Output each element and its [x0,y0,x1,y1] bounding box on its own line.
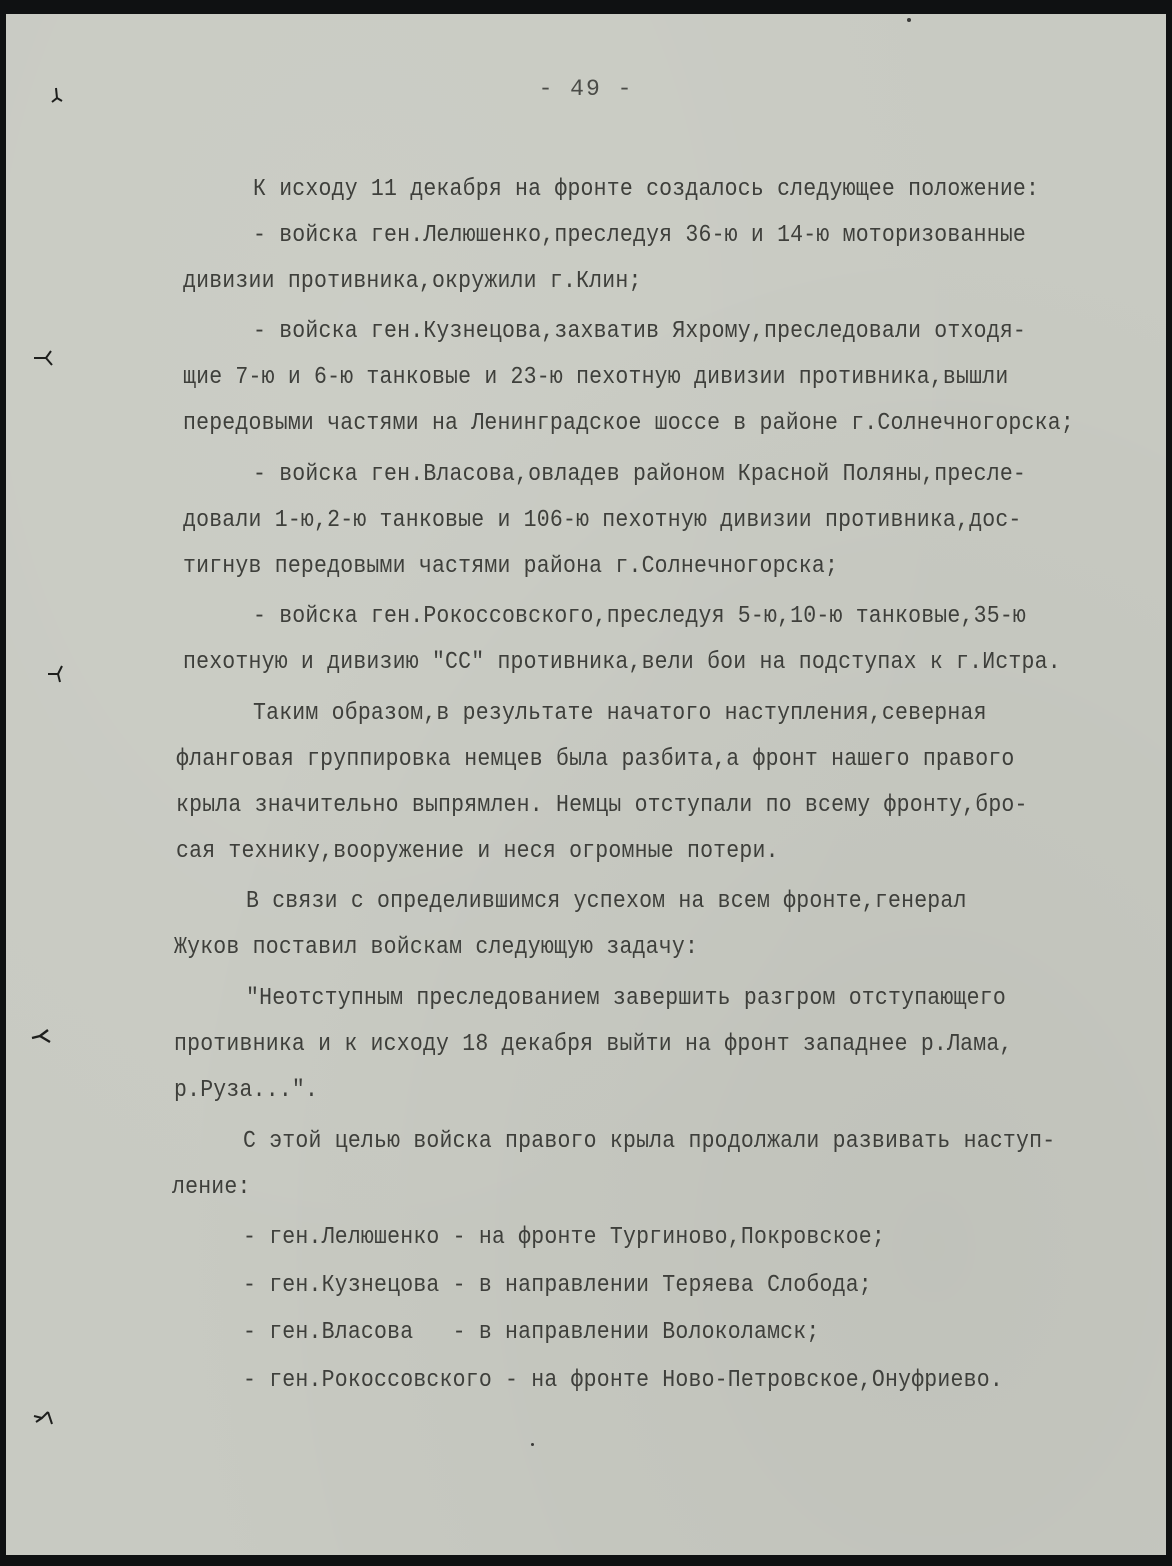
paragraph-line: щие 7-ю и 6-ю танковые и 23-ю пехотную д… [183,364,1008,391]
paragraph-line: довали 1-ю,2-ю танковые и 106-ю пехотную… [183,507,1022,534]
paragraph-line: В связи с определившимся успехом на всем… [246,888,967,915]
paragraph-line: ление: [172,1174,251,1201]
paragraph-line: крыла значительно выпрямлен. Немцы отсту… [176,792,1028,819]
paragraph-line: К исходу 11 декабря на фронте создалось … [253,176,1039,203]
paper-speck [907,18,911,22]
paragraph-line: - войска ген.Кузнецова,захватив Яхрому,п… [253,318,1026,345]
binding-hole-mark [30,1026,54,1046]
paragraph-line: - войска ген.Рокоссовского,преследуя 5-ю… [253,603,1026,630]
paragraph-line: сая технику,вооружение и неся огромные п… [176,838,779,865]
paragraph-line: передовыми частями на Ленинградское шосс… [183,410,1074,437]
paragraph-line: противника и к исходу 18 декабря выйти н… [174,1031,1013,1058]
paper-speck [531,1443,534,1446]
paragraph-line: - войска ген.Лелюшенко,преследуя 36-ю и … [253,222,1026,249]
paragraph-line: дивизии противника,окружили г.Клин; [183,268,642,295]
paragraph-line: тигнув передовыми частями района г.Солне… [183,553,838,580]
binding-hole-mark [32,348,56,368]
paragraph-line: Таким образом,в результате начатого наст… [253,700,987,727]
list-item: - ген.Власова - в направлении Волоколамс… [243,1319,820,1346]
list-item: - ген.Лелюшенко - на фронте Тургиново,По… [243,1224,885,1251]
binding-hole-mark [44,664,68,684]
binding-hole-mark [32,1408,56,1428]
paragraph-line: фланговая группировка немцев была разбит… [176,746,1015,773]
list-item: - ген.Рокоссовского - на фронте Ново-Пет… [243,1367,1003,1394]
paragraph-line: "Неотступным преследованием завершить ра… [246,985,1006,1012]
paragraph-line: С этой целью войска правого крыла продол… [243,1128,1055,1155]
paragraph-line: Жуков поставил войскам следующую задачу: [174,934,698,961]
page-number: - 49 - [0,76,1172,102]
paragraph-line: пехотную и дивизию "СС" противника,вели … [183,649,1061,676]
paragraph-line: р.Руза...". [174,1077,318,1104]
paragraph-line: - войска ген.Власова,овладев районом Кра… [253,461,1026,488]
list-item: - ген.Кузнецова - в направлении Теряева … [243,1272,872,1299]
